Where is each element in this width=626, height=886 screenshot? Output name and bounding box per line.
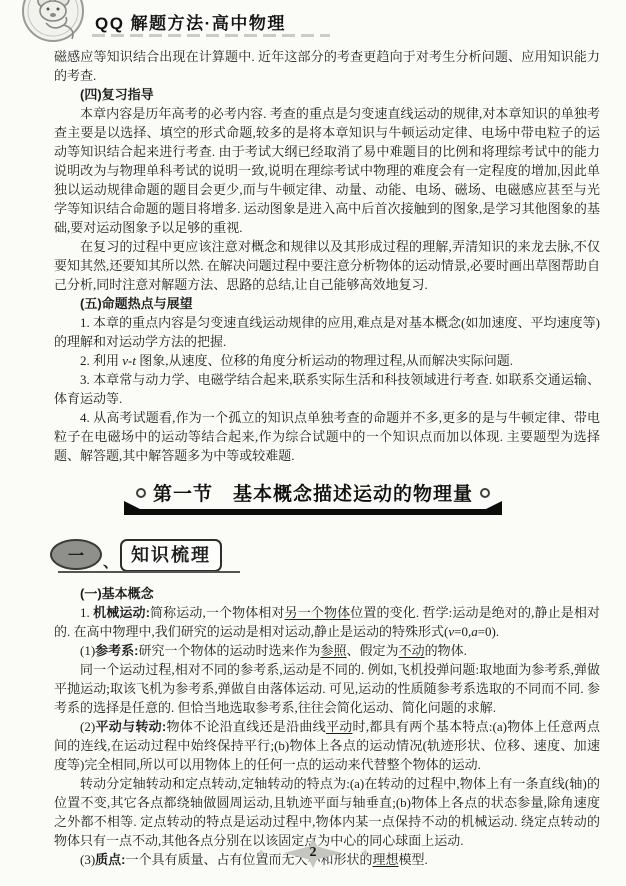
paragraph-review-1: 本章内容是历年高考的必考内容. 考查的重点是匀变速直线运动的规律,对本章知识的单… <box>54 104 600 237</box>
header-underline <box>92 34 330 37</box>
section-title: 第一节 基本概念描述运动的物理量 <box>153 479 473 506</box>
paragraph-reference-frame: (1)参考系:研究一个物体的运动时选来作为参照、假定为不动的物体. <box>54 641 600 660</box>
heading-review-guide: (四)复习指导 <box>54 85 600 104</box>
paragraph-mechanical-motion: 1. 机械运动:简称运动,一个物体相对另一个物体位置的变化. 哲学:运动是绝对的… <box>54 603 600 641</box>
hotspot-item-1: 1. 本章的重点内容是匀变速直线运动规律的应用,难点是对基本概念(如加速度、平均… <box>54 313 600 351</box>
badge-index-ellipse: 一 <box>50 539 102 570</box>
hotspot-item-2: 2. 利用 v-t 图象,从速度、位移的角度分析运动的物理过程,从而解决实际问题… <box>54 351 600 370</box>
footer-flourish-right-icon: ✦ <box>360 846 370 860</box>
paragraph-review-2: 在复习的过程中更应该注意对概念和规律以及其形成过程的理解,弄清知识的来龙去脉,不… <box>54 237 600 294</box>
paragraph-lead: 磁感应等知识结合出现在计算题中. 近年这部分的考查更趋向于对考生分析问题、应用知… <box>54 47 600 85</box>
page-header: QQ 解题方法·高中物理 <box>0 0 626 44</box>
section-banner: 第一节 基本概念描述运动的物理量 <box>124 479 502 515</box>
knowledge-content: (一)基本概念 1. 机械运动:简称运动,一个物体相对另一个物体位置的变化. 哲… <box>0 581 626 869</box>
paragraph-translation-rotation: (2)平动与转动:物体不论沿直线还是沿曲线平动时,都具有两个基本特点:(a)物体… <box>54 717 600 774</box>
book-page: QQ 解题方法·高中物理 磁感应等知识结合出现在计算题中. 近年这部分的考查更趋… <box>0 0 626 886</box>
paragraph-frame-examples: 同一个运动过程,相对不同的参考系,运动是不同的. 例如,飞机投弹问题:取地面为参… <box>54 660 600 717</box>
mouse-logo-icon <box>20 0 88 48</box>
heading-hotspots: (五)命题热点与展望 <box>54 294 600 313</box>
footer-flourish-left-icon: ✦ <box>256 846 266 860</box>
page-number: 2 <box>310 845 317 861</box>
hotspot-item-4: 4. 从高考试题看,作为一个孤立的知识点单独考查的命题并不多,更多的是与牛顿定律… <box>54 408 600 465</box>
badge-label: 知识梳理 <box>120 539 222 572</box>
hotspot-item-3: 3. 本章常与动力学、电磁学结合起来,联系实际生活和科技领域进行考查. 如联系交… <box>54 370 600 408</box>
banner-ornament-right-icon <box>480 488 490 498</box>
badge-comma: 、 <box>103 551 118 572</box>
page-content: 磁感应等知识结合出现在计算题中. 近年这部分的考查更趋向于对考生分析问题、应用知… <box>0 44 626 465</box>
book-title: QQ 解题方法·高中物理 <box>95 9 286 34</box>
banner-ornament-left-icon <box>136 488 146 498</box>
heading-basic-concepts: (一)基本概念 <box>54 584 600 603</box>
page-number-ornament: 2 <box>284 838 342 868</box>
knowledge-badge: 一 、 知识梳理 <box>50 539 260 572</box>
banner-underline <box>124 509 502 515</box>
page-footer: ✦ 2 ✦ <box>0 838 626 868</box>
